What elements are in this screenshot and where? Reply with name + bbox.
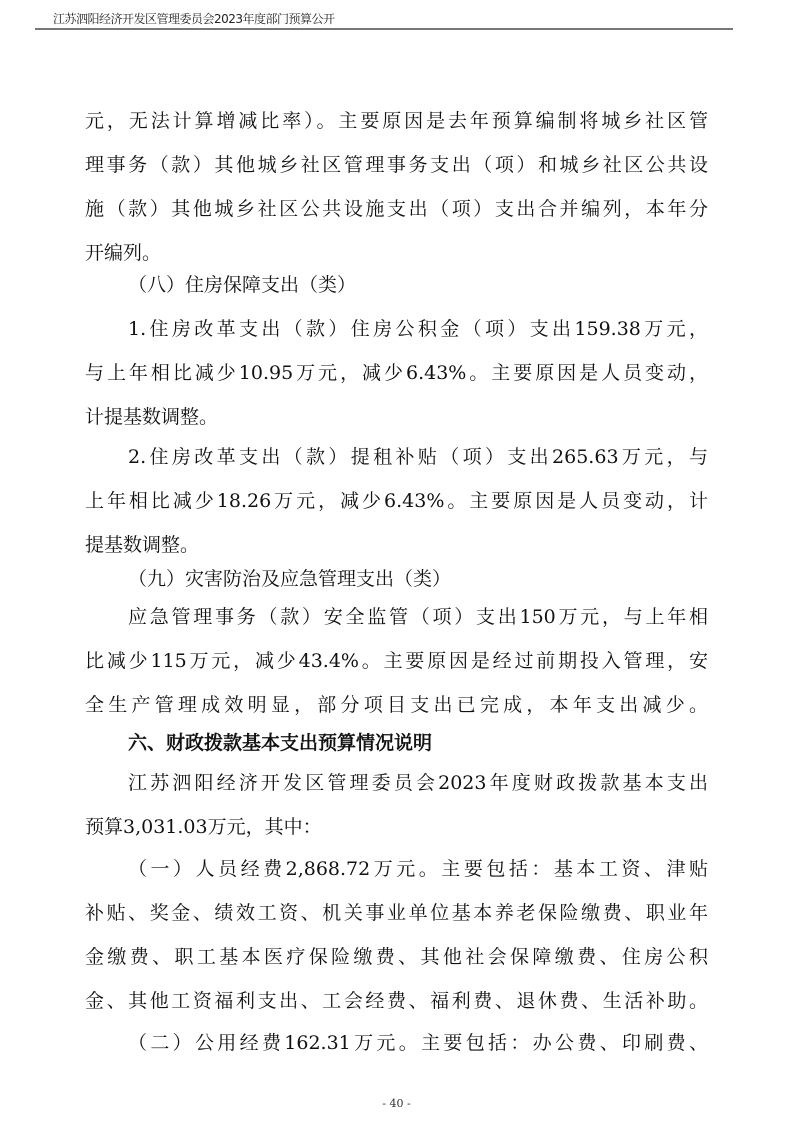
paragraph-line: 应急管理事务（款）安全监管（项）支出150万元，与上年相 [128, 604, 708, 630]
paragraph-line: 元，无法计算增减比率）。主要原因是去年预算编制将城乡社区管 [85, 108, 708, 134]
paragraph-line: 理事务（款）其他城乡社区管理事务支出（项）和城乡社区公共设 [85, 152, 708, 178]
paragraph-line: 与上年相比减少10.95万元，减少6.43%。主要原因是人员变动， [85, 360, 708, 386]
paragraph-line: （一）人员经费2,868.72万元。主要包括：基本工资、津贴 [128, 856, 708, 882]
paragraph-line: 1.住房改革支出（款）住房公积金（项）支出159.38万元， [128, 316, 708, 342]
paragraph-line: 江苏泗阳经济开发区管理委员会2023年度财政拨款基本支出 [128, 770, 708, 796]
paragraph-line: 施（款）其他城乡社区公共设施支出（项）支出合并编列，本年分 [85, 196, 708, 222]
paragraph-line: 开编列。 [85, 240, 708, 266]
section-heading: 六、财政拨款基本支出预算情况说明 [128, 730, 708, 756]
paragraph-line: （九）灾害防治及应急管理支出（类） [128, 566, 708, 592]
document-header: 江苏泗阳经济开发区管理委员会2023年度部门预算公开 [53, 10, 335, 27]
paragraph-line: 金缴费、职工基本医疗保险缴费、其他社会保障缴费、住房公积 [85, 944, 708, 970]
paragraph-line: （二）公用经费162.31万元。主要包括：办公费、印刷费、 [128, 1030, 708, 1056]
page-number: - 40 - [0, 1097, 793, 1110]
paragraph-line: 比减少115万元，减少43.4%。主要原因是经过前期投入管理，安 [85, 648, 708, 674]
paragraph-line: （八）住房保障支出（类） [128, 272, 708, 298]
header-divider [35, 28, 733, 30]
paragraph-line: 上年相比减少18.26万元，减少6.43%。主要原因是人员变动，计 [85, 488, 708, 514]
paragraph-line: 补贴、奖金、绩效工资、机关事业单位基本养老保险缴费、职业年 [85, 900, 708, 926]
paragraph-line: 提基数调整。 [85, 532, 708, 558]
paragraph-line: 计提基数调整。 [85, 404, 708, 430]
paragraph-line: 金、其他工资福利支出、工会经费、福利费、退休费、生活补助。 [85, 988, 708, 1014]
paragraph-line: 全生产管理成效明显，部分项目支出已完成，本年支出减少。 [85, 692, 708, 718]
paragraph-line: 2.住房改革支出（款）提租补贴（项）支出265.63万元，与 [128, 444, 708, 470]
paragraph-line: 预算3,031.03万元，其中： [85, 814, 708, 840]
